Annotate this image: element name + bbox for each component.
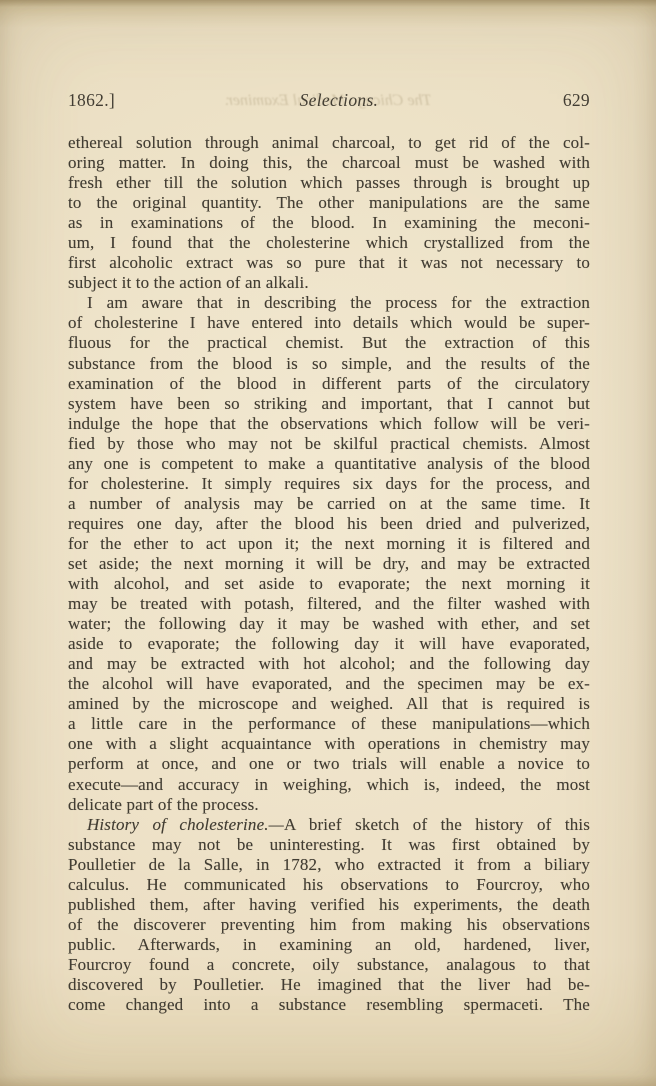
text-line: a number of analysis may be carried on a… xyxy=(68,494,590,514)
text-line: oring matter. In doing this, the charcoa… xyxy=(68,153,590,173)
text-line: come changed into a substance resembling… xyxy=(68,995,590,1015)
text-line: amined by the microscope and weighed. Al… xyxy=(68,694,590,714)
header-title: Selections. xyxy=(300,90,379,111)
text-line: for the ether to act upon it; the next m… xyxy=(68,534,590,554)
text-line: delicate part of the process. xyxy=(68,795,590,815)
text-line: fresh ether till the solution which pass… xyxy=(68,173,590,193)
text-line: water; the following day it may be washe… xyxy=(68,614,590,634)
text-line: as in examinations of the blood. In exam… xyxy=(68,213,590,233)
page-body: ethereal solution through animal charcoa… xyxy=(68,133,590,1015)
text-line: calculus. He communicated his observatio… xyxy=(68,875,590,895)
text-line: a little care in the performance of thes… xyxy=(68,714,590,734)
text-line: first alcoholic extract was so pure that… xyxy=(68,253,590,273)
text-line: aside to evaporate; the following day it… xyxy=(68,634,590,654)
text-line: fluous for the practical chemist. But th… xyxy=(68,333,590,353)
text-line: discovered by Poulletier. He imagined th… xyxy=(68,975,590,995)
text-line: fied by those who may not be skilful pra… xyxy=(68,434,590,454)
italic-lead: History of cholesterine.— xyxy=(87,815,284,834)
text-line: for cholesterine. It simply requires six… xyxy=(68,474,590,494)
header-page-number: 629 xyxy=(563,90,590,111)
text-line: published them, after having verified hi… xyxy=(68,895,590,915)
text-line: substance from the blood is so simple, a… xyxy=(68,354,590,374)
text-line: and may be extracted with hot alcohol; a… xyxy=(68,654,590,674)
text-line: perform at once, and one or two trials w… xyxy=(68,754,590,774)
text-line: set aside; the next morning it will be d… xyxy=(68,554,590,574)
text-line: one with a slight acquaintance with oper… xyxy=(68,734,590,754)
text-line: subject it to the action of an alkali. xyxy=(68,273,590,293)
text-line: system have been so striking and importa… xyxy=(68,394,590,414)
text-line: ethereal solution through animal charcoa… xyxy=(68,133,590,153)
text-line: requires one day, after the blood his be… xyxy=(68,514,590,534)
text-line: of the discoverer preventing him from ma… xyxy=(68,915,590,935)
text-line: to the original quantity. The other mani… xyxy=(68,193,590,213)
scanned-page: The Chicago Medical Examiner. 1862.] Sel… xyxy=(0,0,656,1086)
text-line: examination of the blood in different pa… xyxy=(68,374,590,394)
text-line: execute—and accuracy in weighing, which … xyxy=(68,775,590,795)
page-header: 1862.] Selections. 629 xyxy=(68,90,590,111)
text-line: indulge the hope that the observations w… xyxy=(68,414,590,434)
text-line: History of cholesterine.—A brief sketch … xyxy=(68,815,590,835)
text-line: with alcohol, and set aside to evaporate… xyxy=(68,574,590,594)
text-line: um, I found that the cholesterine which … xyxy=(68,233,590,253)
text-line: Fourcroy found a concrete, oily substanc… xyxy=(68,955,590,975)
text-line: public. Afterwards, in examining an old,… xyxy=(68,935,590,955)
text-line: any one is competent to make a quantitat… xyxy=(68,454,590,474)
header-year: 1862.] xyxy=(68,90,115,111)
text-line: substance may not be uninteresting. It w… xyxy=(68,835,590,855)
text-line: the alcohol will have evaporated, and th… xyxy=(68,674,590,694)
text-line: of cholesterine I have entered into deta… xyxy=(68,313,590,333)
text-line: I am aware that in describing the proces… xyxy=(68,293,590,313)
text-line: Poulletier de la Salle, in 1782, who ext… xyxy=(68,855,590,875)
text-line: may be treated with potash, filtered, an… xyxy=(68,594,590,614)
